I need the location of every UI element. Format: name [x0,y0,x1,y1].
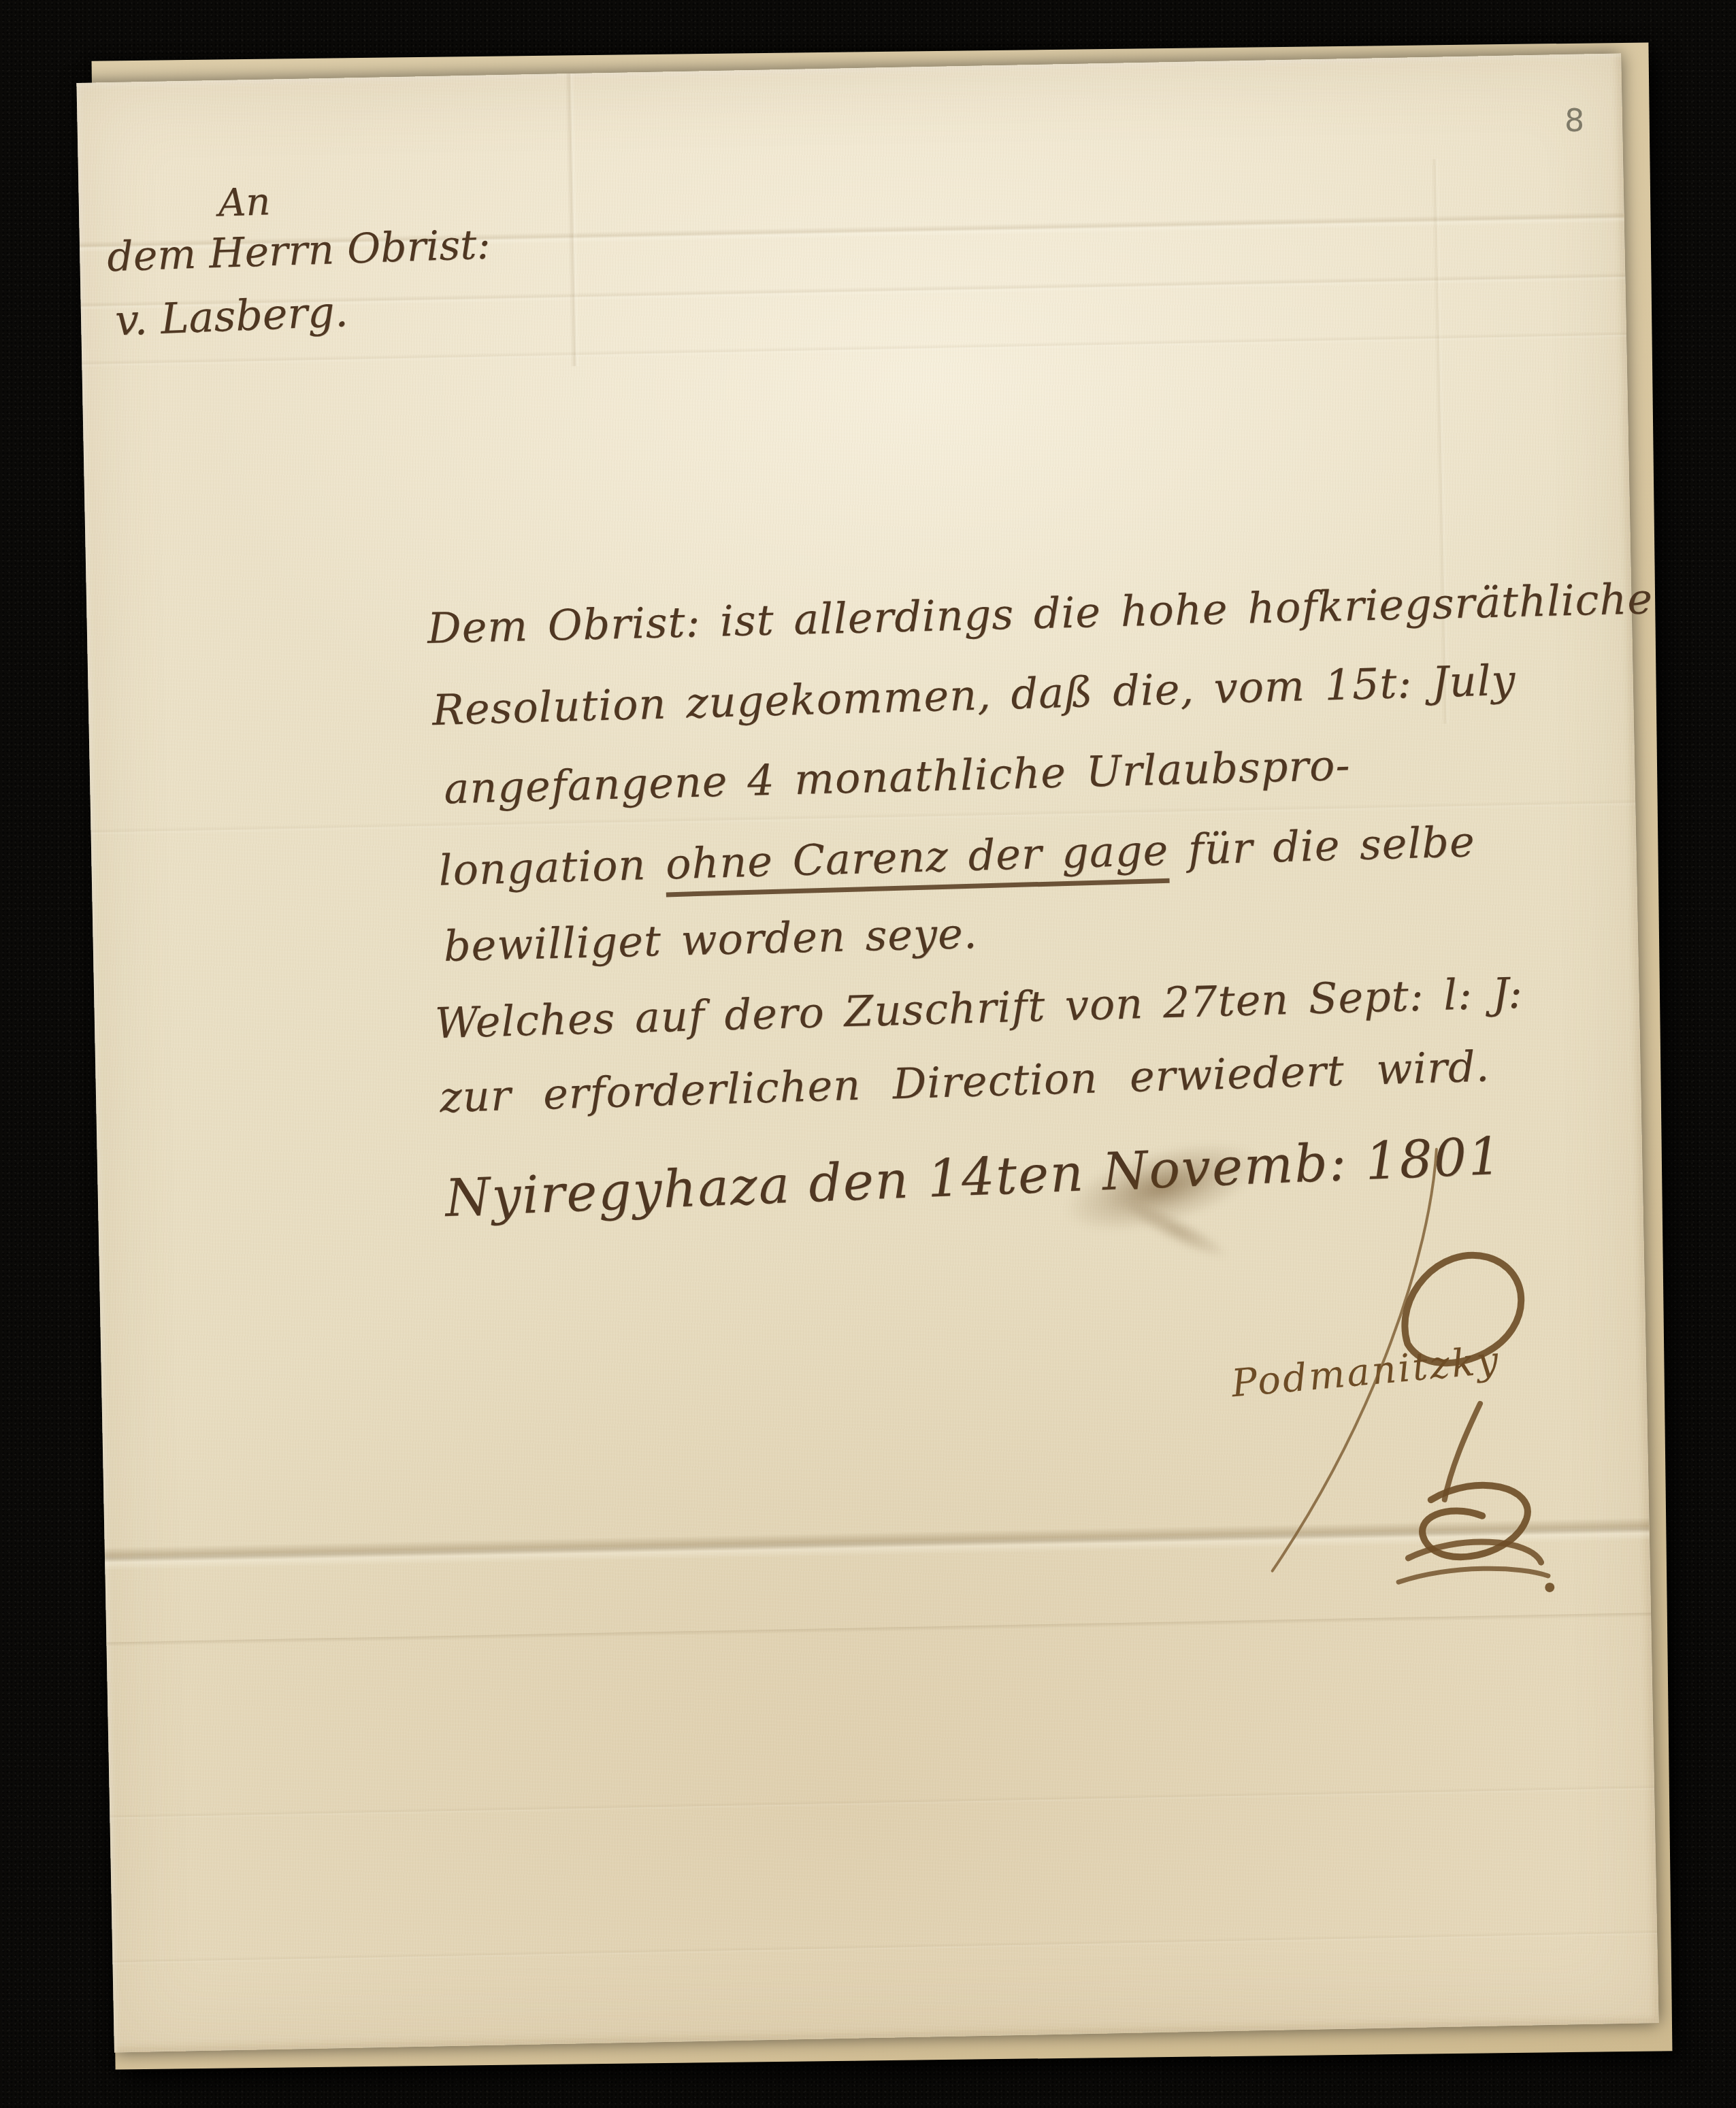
body-line-5: bewilliget worden seye. [443,908,978,971]
address-line-an: An [218,180,271,225]
folio-number-pencil: 8 [1564,102,1584,139]
fold-crease-horizontal [106,1613,1651,1648]
address-line-name: v. Lasberg. [114,286,349,346]
body-line-4: longation ohne Carenz der gage für die s… [438,817,1476,895]
fold-crease-vertical [565,73,580,366]
body-line-7: zur erforderlichen Direction erwiedert w… [439,1041,1490,1122]
fold-crease-vertical [1431,159,1450,724]
body-line-2: Resolution zugekommen, daß die, vom 15t:… [431,655,1516,735]
body-line-1: Dem Obrist: ist allerdings die hohe hofk… [427,574,1654,653]
signature-flourish [1131,1117,1562,1615]
fold-crease-horizontal [112,1930,1657,1965]
photograph-mount-background: 8 An dem Herrn Obrist: v. Lasberg. Dem O… [0,0,1736,2108]
body-line-3: angefangene 4 monathliche Urlaubspro- [443,740,1351,814]
body-line-4-suffix: für die selbe [1168,817,1475,875]
address-line-recipient: dem Herrn Obrist: [106,221,491,282]
body-line-6: Welches auf dero Zuschrift von 27ten Sep… [434,968,1524,1049]
letter-sheet: 8 An dem Herrn Obrist: v. Lasberg. Dem O… [76,53,1658,2052]
underlined-phrase: ohne Carenz der gage [665,825,1169,897]
fold-crease-horizontal [110,1785,1654,1820]
body-line-4-prefix: longation [438,839,666,895]
